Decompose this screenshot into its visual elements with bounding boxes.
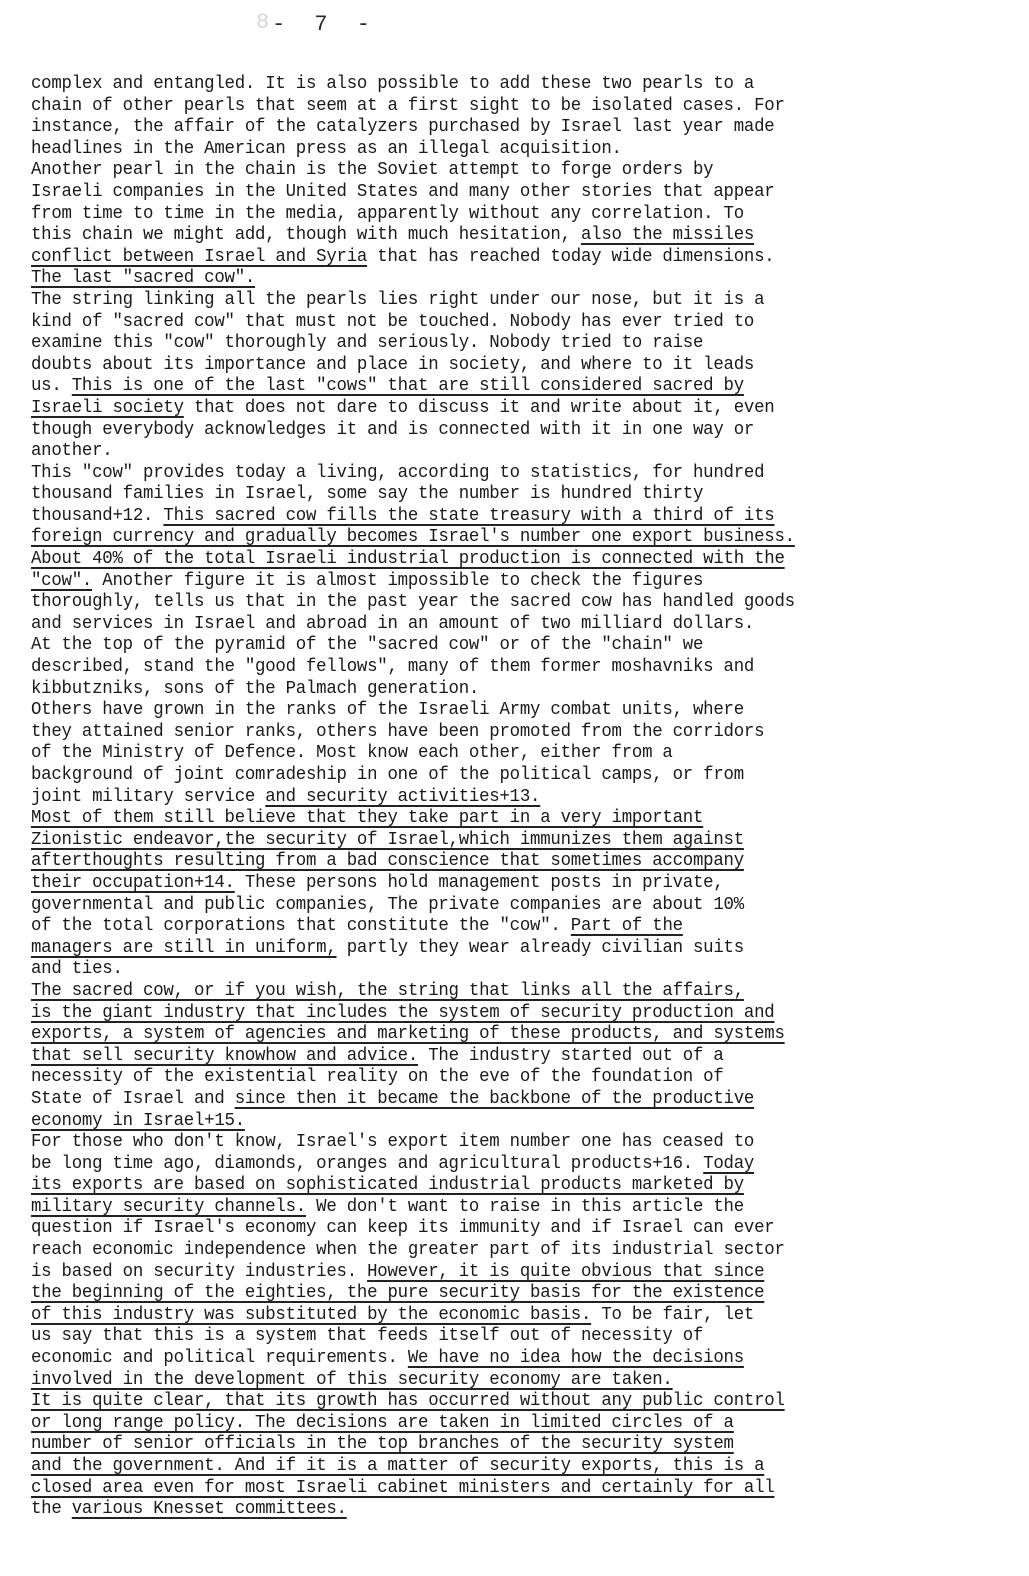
text-segment: At the top of the pyramid of the "sacred… [31, 635, 703, 655]
text-segment: To be fair, let [591, 1305, 754, 1325]
text-segment: necessity of the existential reality on … [31, 1067, 724, 1087]
text-segment: that has reached today wide dimensions. [367, 247, 774, 267]
text-segment: kind of "sacred cow" that must not be to… [31, 312, 754, 332]
underlined-text: Zionistic endeavor,the security of Israe… [31, 830, 744, 850]
text-line: necessity of the existential reality on … [31, 1067, 967, 1089]
text-segment: background of joint comradeship in one o… [31, 765, 744, 785]
text-line: State of Israel and since then it became… [31, 1089, 967, 1111]
text-segment: kibbutzniks, sons of the Palmach generat… [31, 679, 479, 699]
text-segment: chain of other pearls that seem at a fir… [31, 96, 785, 116]
underlined-text: About 40% of the total Israeli industria… [31, 549, 785, 569]
underlined-text: also the missiles [581, 225, 754, 245]
text-segment: described, stand the "good fellows", man… [31, 657, 754, 677]
underlined-text: Today [703, 1154, 754, 1174]
text-line: described, stand the "good fellows", man… [31, 657, 967, 679]
text-line: background of joint comradeship in one o… [31, 765, 967, 787]
underlined-text: exports, a system of agencies and market… [31, 1024, 785, 1044]
text-line: Most of them still believe that they tak… [31, 808, 967, 830]
text-segment: be long time ago, diamonds, oranges and … [31, 1154, 703, 1174]
underlined-text: involved in the development of this secu… [31, 1370, 673, 1390]
underlined-text: conflict between Israel and Syria [31, 247, 367, 267]
text-segment: For those who don't know, Israel's expor… [31, 1132, 754, 1152]
text-line: their occupation+14. These persons hold … [31, 873, 967, 895]
text-segment: Israeli companies in the United States a… [31, 182, 774, 202]
text-line: us say that this is a system that feeds … [31, 1326, 967, 1348]
text-segment: examine this "cow" thoroughly and seriou… [31, 333, 703, 353]
text-segment: another. [31, 441, 112, 461]
text-segment: Another figure it is almost impossible t… [92, 571, 703, 591]
text-line: joint military service and security acti… [31, 787, 967, 809]
text-segment: though everybody acknowledges it and is … [31, 420, 754, 440]
text-line: of this industry was substituted by the … [31, 1305, 967, 1327]
text-line: About 40% of the total Israeli industria… [31, 549, 967, 571]
text-line: The last "sacred cow". [31, 268, 967, 290]
text-line: headlines in the American press as an il… [31, 139, 967, 161]
underlined-text: It is quite clear, that its growth has o… [31, 1391, 785, 1411]
text-segment: question if Israel's economy can keep it… [31, 1218, 774, 1238]
text-line: instance, the affair of the catalyzers p… [31, 117, 967, 139]
text-segment: from time to time in the media, apparent… [31, 204, 744, 224]
page-number: - 7 - [272, 12, 378, 37]
underlined-text: managers are still in uniform, [31, 938, 337, 958]
text-line: foreign currency and gradually becomes I… [31, 527, 967, 549]
text-line: For those who don't know, Israel's expor… [31, 1132, 967, 1154]
text-segment: this chain we might add, though with muc… [31, 225, 581, 245]
text-segment: This "cow" provides today a living, acco… [31, 463, 764, 483]
text-line: It is quite clear, that its growth has o… [31, 1391, 967, 1413]
text-line: Israeli society that does not dare to di… [31, 398, 967, 420]
text-line: Zionistic endeavor,the security of Israe… [31, 830, 967, 852]
text-line: thoroughly, tells us that in the past ye… [31, 592, 967, 614]
text-segment: us. [31, 376, 72, 396]
underlined-text: since then it became the backbone of the… [235, 1089, 754, 1109]
underlined-text: of this industry was substituted by the … [31, 1305, 591, 1325]
underlined-text: military security channels. [31, 1197, 306, 1217]
body-text: complex and entangled. It is also possib… [31, 74, 1011, 1521]
ghost-page-number: 8 [256, 10, 269, 35]
underlined-text: their occupation+14. [31, 873, 235, 893]
text-segment: thousand+12. [31, 506, 163, 526]
text-segment: complex and entangled. It is also possib… [31, 74, 754, 94]
underlined-text: This is one of the last "cows" that are … [72, 376, 744, 396]
underlined-text: its exports are based on sophisticated i… [31, 1175, 744, 1195]
page-number-container: - 7 - [272, 12, 378, 37]
text-segment: they attained senior ranks, others have … [31, 722, 764, 742]
text-line: is the giant industry that includes the … [31, 1003, 967, 1025]
text-segment: State of Israel and [31, 1089, 235, 1109]
underlined-text: Part of the [571, 916, 683, 936]
text-line: reach economic independence when the gre… [31, 1240, 967, 1262]
text-line: number of senior officials in the top br… [31, 1434, 967, 1456]
text-line: the various Knesset committees. [31, 1499, 967, 1521]
text-line: this chain we might add, though with muc… [31, 225, 967, 247]
text-line: thousand+12. This sacred cow fills the s… [31, 506, 967, 528]
text-line: At the top of the pyramid of the "sacred… [31, 635, 967, 657]
underlined-text: and security activities+13. [265, 787, 540, 807]
text-line: from time to time in the media, apparent… [31, 204, 967, 226]
text-line: or long range policy. The decisions are … [31, 1413, 967, 1435]
text-line: examine this "cow" thoroughly and seriou… [31, 333, 967, 355]
text-line: is based on security industries. However… [31, 1262, 967, 1284]
text-line: complex and entangled. It is also possib… [31, 74, 967, 96]
text-segment: thousand families in Israel, some say th… [31, 484, 703, 504]
text-segment: us say that this is a system that feeds … [31, 1326, 703, 1346]
text-line: chain of other pearls that seem at a fir… [31, 96, 967, 118]
text-line: of the Ministry of Defence. Most know ea… [31, 743, 967, 765]
text-line: economy in Israel+15. [31, 1111, 967, 1133]
text-segment: of the total corporations that constitut… [31, 916, 571, 936]
document-page: 8 - 7 - complex and entangled. It is als… [0, 0, 1029, 1576]
text-segment: joint military service [31, 787, 265, 807]
text-segment: that does not dare to discuss it and wri… [184, 398, 775, 418]
text-line: This "cow" provides today a living, acco… [31, 463, 967, 485]
text-line: the beginning of the eighties, the pure … [31, 1283, 967, 1305]
text-line: economic and political requirements. We … [31, 1348, 967, 1370]
text-segment: The industry started out of a [418, 1046, 724, 1066]
text-line: conflict between Israel and Syria that h… [31, 247, 967, 269]
underlined-text: economy in Israel+15. [31, 1111, 245, 1131]
text-segment: Another pearl in the chain is the Soviet… [31, 160, 713, 180]
text-line: military security channels. We don't wan… [31, 1197, 967, 1219]
text-line: question if Israel's economy can keep it… [31, 1218, 967, 1240]
text-line: afterthoughts resulting from a bad consc… [31, 851, 967, 873]
text-line: that sell security knowhow and advice. T… [31, 1046, 967, 1068]
text-line: managers are still in uniform, partly th… [31, 938, 967, 960]
underlined-text: that sell security knowhow and advice. [31, 1046, 418, 1066]
text-segment: and services in Israel and abroad in an … [31, 614, 754, 634]
text-line: and services in Israel and abroad in an … [31, 614, 967, 636]
text-segment: economic and political requirements. [31, 1348, 408, 1368]
underlined-text: Most of them still believe that they tak… [31, 808, 703, 828]
text-line: doubts about its importance and place in… [31, 355, 967, 377]
text-line: governmental and public companies, The p… [31, 895, 967, 917]
text-segment: is based on security industries. [31, 1262, 367, 1282]
text-line: kibbutzniks, sons of the Palmach generat… [31, 679, 967, 701]
text-segment: thoroughly, tells us that in the past ye… [31, 592, 795, 612]
text-line: its exports are based on sophisticated i… [31, 1175, 967, 1197]
text-segment: instance, the affair of the catalyzers p… [31, 117, 774, 137]
underlined-text: afterthoughts resulting from a bad consc… [31, 851, 744, 871]
text-line: though everybody acknowledges it and is … [31, 420, 967, 442]
underlined-text: We have no idea how the decisions [408, 1348, 744, 1368]
text-segment: Others have grown in the ranks of the Is… [31, 700, 744, 720]
text-segment: doubts about its importance and place in… [31, 355, 754, 375]
text-line: kind of "sacred cow" that must not be to… [31, 312, 967, 334]
underlined-text: The last "sacred cow". [31, 268, 255, 288]
text-line: and the government. And if it is a matte… [31, 1456, 967, 1478]
text-segment: governmental and public companies, The p… [31, 895, 744, 915]
text-line: another. [31, 441, 967, 463]
text-line: be long time ago, diamonds, oranges and … [31, 1154, 967, 1176]
text-segment: and ties. [31, 959, 123, 979]
underlined-text: However, it is quite obvious that since [367, 1262, 764, 1282]
text-line: of the total corporations that constitut… [31, 916, 967, 938]
text-segment: We don't want to raise in this article t… [306, 1197, 744, 1217]
text-line: exports, a system of agencies and market… [31, 1024, 967, 1046]
text-segment: headlines in the American press as an il… [31, 139, 622, 159]
text-line: us. This is one of the last "cows" that … [31, 376, 967, 398]
underlined-text: Israeli society [31, 398, 184, 418]
text-segment: The string linking all the pearls lies r… [31, 290, 764, 310]
underlined-text: "cow". [31, 571, 92, 591]
text-line: Another pearl in the chain is the Soviet… [31, 160, 967, 182]
text-line: thousand families in Israel, some say th… [31, 484, 967, 506]
underlined-text: closed area even for most Israeli cabine… [31, 1478, 774, 1498]
underlined-text: foreign currency and gradually becomes I… [31, 527, 795, 547]
underlined-text: various Knesset committees. [72, 1499, 347, 1519]
text-line: they attained senior ranks, others have … [31, 722, 967, 744]
text-segment: the [31, 1499, 72, 1519]
underlined-text: and the government. And if it is a matte… [31, 1456, 764, 1476]
text-segment: of the Ministry of Defence. Most know ea… [31, 743, 673, 763]
text-line: and ties. [31, 959, 967, 981]
text-segment: partly they wear already civilian suits [337, 938, 744, 958]
text-line: The string linking all the pearls lies r… [31, 290, 967, 312]
underlined-text: The sacred cow, or if you wish, the stri… [31, 981, 744, 1001]
text-line: closed area even for most Israeli cabine… [31, 1478, 967, 1500]
text-line: involved in the development of this secu… [31, 1370, 967, 1392]
text-line: Others have grown in the ranks of the Is… [31, 700, 967, 722]
text-segment: reach economic independence when the gre… [31, 1240, 785, 1260]
underlined-text: or long range policy. The decisions are … [31, 1413, 734, 1433]
text-segment: These persons hold management posts in p… [235, 873, 724, 893]
text-line: The sacred cow, or if you wish, the stri… [31, 981, 967, 1003]
underlined-text: the beginning of the eighties, the pure … [31, 1283, 764, 1303]
underlined-text: is the giant industry that includes the … [31, 1003, 774, 1023]
text-line: "cow". Another figure it is almost impos… [31, 571, 967, 593]
text-line: Israeli companies in the United States a… [31, 182, 967, 204]
underlined-text: number of senior officials in the top br… [31, 1434, 734, 1454]
underlined-text: This sacred cow fills the state treasury… [163, 506, 774, 526]
